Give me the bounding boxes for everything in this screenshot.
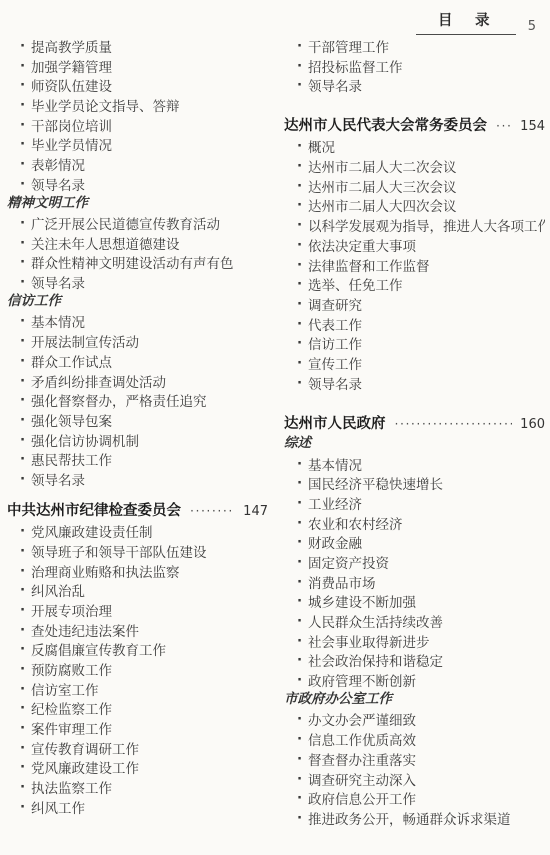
- toc-item-label: 固定资产投资: [308, 552, 389, 572]
- toc-item-label: 政府信息公开工作: [308, 788, 416, 808]
- toc-item-label: 督查督办注重落实: [308, 749, 416, 769]
- bullet-marker: ·: [20, 235, 31, 251]
- dot-leader: ··························: [395, 413, 513, 435]
- toc-item-label: 消费品市场: [308, 572, 376, 592]
- bullet-marker: ·: [20, 353, 31, 369]
- toc-item: ·纠风工作: [7, 797, 268, 817]
- toc-item-label: 以科学发展观为指导，推进人大各项工作: [308, 215, 545, 235]
- toc-item: ·领导名录: [7, 272, 268, 292]
- toc-item: ·社会政治保持和谐稳定: [284, 651, 545, 671]
- toc-item: ·惠民帮扶工作: [7, 449, 268, 469]
- toc-item: ·信息工作优质高效: [284, 729, 545, 749]
- toc-item: ·办文办会严谨细致: [284, 710, 545, 730]
- toc-item: ·师资队伍建设: [7, 75, 268, 95]
- bullet-marker: ·: [20, 681, 31, 697]
- chapter-page-number: 147: [243, 501, 268, 523]
- toc-item-label: 表彰情况: [31, 154, 85, 174]
- toc-gap: [7, 489, 268, 500]
- toc-item-label: 达州市二届人大三次会议: [308, 176, 457, 196]
- bullet-marker: ·: [20, 412, 31, 428]
- bullet-marker: ·: [20, 373, 31, 389]
- bullet-marker: ·: [20, 333, 31, 349]
- toc-item-label: 调查研究: [308, 294, 362, 314]
- bullet-marker: ·: [297, 593, 308, 609]
- toc-item-label: 办文办会严谨细致: [308, 709, 416, 729]
- toc-item: ·固定资产投资: [284, 552, 545, 572]
- toc-gap: [284, 95, 545, 115]
- toc-item-label: 党风廉政建设责任制: [31, 521, 153, 541]
- toc-item-label: 概况: [308, 136, 335, 156]
- bullet-marker: ·: [297, 711, 308, 727]
- toc-item-label: 调查研究主动深入: [308, 769, 416, 789]
- toc-item-label: 工业经济: [308, 493, 362, 513]
- toc-item: ·选举、任免工作: [284, 274, 545, 294]
- toc-item: ·纠风治乱: [7, 580, 268, 600]
- bullet-marker: ·: [20, 523, 31, 539]
- toc-item: ·加强学籍管理: [7, 56, 268, 76]
- bullet-marker: ·: [20, 661, 31, 677]
- toc-item: ·领导名录: [7, 174, 268, 194]
- toc-item-label: 代表工作: [308, 314, 362, 334]
- toc-item-label: 加强学籍管理: [31, 56, 112, 76]
- bullet-marker: ·: [297, 316, 308, 332]
- bullet-marker: ·: [297, 375, 308, 391]
- bullet-marker: ·: [20, 563, 31, 579]
- toc-item: ·群众性精神文明建设活动有声有色: [7, 253, 268, 273]
- dot-leader: ············: [190, 500, 235, 522]
- toc-section-header: 精神文明工作: [7, 194, 268, 214]
- toc-item: ·矛盾纠纷排查调处活动: [7, 371, 268, 391]
- toc-item-label: 社会政治保持和谐稳定: [308, 650, 443, 670]
- bullet-marker: ·: [20, 543, 31, 559]
- toc-item-label: 领导班子和领导干部队伍建设: [31, 541, 207, 561]
- toc-item-label: 干部岗位培训: [31, 115, 112, 135]
- toc-item: ·代表工作: [284, 314, 545, 334]
- toc-item: ·广泛开展公民道德宣传教育活动: [7, 213, 268, 233]
- bullet-marker: ·: [20, 471, 31, 487]
- page-number: 5: [528, 19, 536, 34]
- toc-item-label: 领导名录: [31, 272, 85, 292]
- chapter-title: 达州市人民政府: [284, 414, 386, 436]
- toc-item-label: 城乡建设不断加强: [308, 591, 416, 611]
- running-head: 目 录 5: [416, 9, 536, 35]
- toc-item: ·国民经济平稳快速增长: [284, 473, 545, 493]
- toc-item-label: 案件审理工作: [31, 718, 112, 738]
- bullet-marker: ·: [20, 38, 31, 54]
- bullet-marker: ·: [297, 178, 308, 194]
- toc-item-label: 开展专项治理: [31, 600, 112, 620]
- toc-item: ·基本情况: [284, 454, 545, 474]
- toc-item: ·城乡建设不断加强: [284, 592, 545, 612]
- toc-item: ·强化督察督办，严格责任追究: [7, 390, 268, 410]
- bullet-marker: ·: [20, 117, 31, 133]
- toc-item-label: 信访室工作: [31, 679, 99, 699]
- bullet-marker: ·: [297, 790, 308, 806]
- chapter-page-number: 154: [520, 116, 545, 138]
- toc-item: ·社会事业取得新进步: [284, 631, 545, 651]
- toc-columns: ·提高教学质量·加强学籍管理·师资队伍建设·毕业学员论文指导、答辩·干部岗位培训…: [7, 36, 545, 855]
- toc-section-header: 综述: [284, 434, 545, 454]
- bullet-marker: ·: [20, 254, 31, 270]
- bullet-marker: ·: [20, 97, 31, 113]
- bullet-marker: ·: [297, 197, 308, 213]
- toc-item-label: 反腐倡廉宣传教育工作: [31, 639, 166, 659]
- toc-item-label: 群众性精神文明建设活动有声有色: [31, 252, 234, 272]
- bullet-marker: ·: [297, 296, 308, 312]
- bullet-marker: ·: [20, 156, 31, 172]
- bullet-marker: ·: [20, 432, 31, 448]
- toc-item: ·调查研究: [284, 294, 545, 314]
- toc-item-label: 党风廉政建设工作: [31, 757, 139, 777]
- toc-item-label: 毕业学员情况: [31, 134, 112, 154]
- bullet-marker: ·: [297, 77, 308, 93]
- toc-item-label: 惠民帮扶工作: [31, 449, 112, 469]
- bullet-marker: ·: [297, 495, 308, 511]
- bullet-marker: ·: [20, 392, 31, 408]
- toc-item-label: 选举、任免工作: [308, 274, 403, 294]
- toc-item-label: 毕业学员论文指导、答辩: [31, 95, 180, 115]
- toc-item: ·关注未年人思想道德建设: [7, 233, 268, 253]
- bullet-marker: ·: [20, 451, 31, 467]
- bullet-marker: ·: [20, 622, 31, 638]
- toc-item: ·查处违纪违法案件: [7, 620, 268, 640]
- toc-item: ·毕业学员情况: [7, 134, 268, 154]
- toc-item: ·干部管理工作: [284, 36, 545, 56]
- toc-gap: [284, 393, 545, 413]
- bullet-marker: ·: [20, 582, 31, 598]
- bullet-marker: ·: [297, 276, 308, 292]
- toc-item-label: 干部管理工作: [308, 36, 389, 56]
- toc-item: ·达州市二届人大三次会议: [284, 176, 545, 196]
- toc-item-label: 人民群众生活持续改善: [308, 611, 443, 631]
- toc-item-label: 领导名录: [308, 75, 362, 95]
- toc-item-label: 纠风治乱: [31, 580, 85, 600]
- bullet-marker: ·: [297, 574, 308, 590]
- toc-item: ·开展法制宣传活动: [7, 331, 268, 351]
- bullet-marker: ·: [20, 136, 31, 152]
- toc-item: ·政府信息公开工作: [284, 788, 545, 808]
- toc-item-label: 领导名录: [31, 469, 85, 489]
- toc-item: ·干部岗位培训: [7, 115, 268, 135]
- toc-item: ·信访工作: [284, 333, 545, 353]
- toc-chapter-row: 达州市人民政府··························160: [284, 413, 545, 435]
- bullet-marker: ·: [20, 77, 31, 93]
- toc-item-label: 政府管理不断创新: [308, 670, 416, 690]
- toc-item-label: 师资队伍建设: [31, 75, 112, 95]
- toc-item-label: 信访工作: [308, 333, 362, 353]
- toc-item-label: 推进政务公开，畅通群众诉求渠道: [308, 808, 511, 828]
- toc-item-label: 纪检监察工作: [31, 698, 112, 718]
- toc-item-label: 群众工作试点: [31, 351, 112, 371]
- toc-item: ·党风廉政建设工作: [7, 758, 268, 778]
- bullet-marker: ·: [297, 257, 308, 273]
- bullet-marker: ·: [297, 335, 308, 351]
- bullet-marker: ·: [297, 810, 308, 826]
- bullet-marker: ·: [20, 641, 31, 657]
- toc-item: ·群众工作试点: [7, 351, 268, 371]
- bullet-marker: ·: [20, 759, 31, 775]
- toc-item: ·强化领导包案: [7, 410, 268, 430]
- bullet-marker: ·: [297, 731, 308, 747]
- bullet-marker: ·: [297, 633, 308, 649]
- toc-item: ·财政金融: [284, 532, 545, 552]
- toc-item-label: 查处违纪违法案件: [31, 620, 139, 640]
- toc-chapter-row: 中共达州市纪律检查委员会············147: [7, 500, 268, 522]
- bullet-marker: ·: [20, 313, 31, 329]
- toc-item-label: 预防腐败工作: [31, 659, 112, 679]
- bullet-marker: ·: [20, 274, 31, 290]
- bullet-marker: ·: [20, 720, 31, 736]
- toc-item-label: 社会事业取得新进步: [308, 631, 430, 651]
- bullet-marker: ·: [20, 799, 31, 815]
- toc-item-label: 治理商业贿赂和执法监察: [31, 561, 180, 581]
- bullet-marker: ·: [297, 652, 308, 668]
- toc-item: ·调查研究主动深入: [284, 769, 545, 789]
- toc-item: ·领导名录: [284, 75, 545, 95]
- page-header-title: 目 录: [416, 9, 516, 35]
- toc-item-label: 基本情况: [308, 454, 362, 474]
- bullet-marker: ·: [297, 58, 308, 74]
- bullet-marker: ·: [297, 751, 308, 767]
- toc-item-label: 财政金融: [308, 532, 362, 552]
- bullet-marker: ·: [297, 534, 308, 550]
- toc-item-label: 执法监察工作: [31, 777, 112, 797]
- bullet-marker: ·: [20, 58, 31, 74]
- toc-column-right: ·干部管理工作·招投标监督工作·领导名录达州市人民代表大会常务委员会······…: [284, 36, 545, 855]
- bullet-marker: ·: [297, 158, 308, 174]
- toc-item: ·预防腐败工作: [7, 659, 268, 679]
- toc-item: ·人民群众生活持续改善: [284, 611, 545, 631]
- toc-item: ·领导班子和领导干部队伍建设: [7, 541, 268, 561]
- bullet-marker: ·: [297, 475, 308, 491]
- bullet-marker: ·: [297, 613, 308, 629]
- toc-item-label: 矛盾纠纷排查调处活动: [31, 371, 166, 391]
- bullet-marker: ·: [297, 554, 308, 570]
- bullet-marker: ·: [20, 176, 31, 192]
- bullet-marker: ·: [297, 515, 308, 531]
- toc-item-label: 达州市二届人大二次会议: [308, 156, 457, 176]
- bullet-marker: ·: [297, 672, 308, 688]
- toc-item-label: 关注未年人思想道德建设: [31, 233, 180, 253]
- toc-item: ·案件审理工作: [7, 718, 268, 738]
- toc-item-label: 达州市二届人大四次会议: [308, 195, 457, 215]
- toc-item: ·强化信访协调机制: [7, 430, 268, 450]
- toc-item-label: 招投标监督工作: [308, 56, 403, 76]
- toc-item-label: 信息工作优质高效: [308, 729, 416, 749]
- bullet-marker: ·: [297, 237, 308, 253]
- bullet-marker: ·: [20, 740, 31, 756]
- bullet-marker: ·: [297, 355, 308, 371]
- dot-leader: ·······: [496, 115, 512, 137]
- toc-item: ·反腐倡廉宣传教育工作: [7, 639, 268, 659]
- toc-item-label: 提高教学质量: [31, 36, 112, 56]
- toc-item: ·督查督办注重落实: [284, 749, 545, 769]
- toc-item: ·宣传工作: [284, 353, 545, 373]
- toc-item-label: 基本情况: [31, 311, 85, 331]
- toc-item: ·依法决定重大事项: [284, 235, 545, 255]
- toc-item: ·达州市二届人大四次会议: [284, 196, 545, 216]
- toc-item: ·政府管理不断创新: [284, 670, 545, 690]
- toc-section-header: 信访工作: [7, 292, 268, 312]
- bullet-marker: ·: [20, 602, 31, 618]
- toc-item-label: 领导名录: [31, 174, 85, 194]
- toc-item: ·法律监督和工作监督: [284, 255, 545, 275]
- toc-item-label: 强化信访协调机制: [31, 430, 139, 450]
- toc-item: ·概况: [284, 137, 545, 157]
- toc-item: ·基本情况: [7, 312, 268, 332]
- toc-item-label: 广泛开展公民道德宣传教育活动: [31, 213, 220, 233]
- toc-section-header: 市政府办公室工作: [284, 690, 545, 710]
- toc-item: ·领导名录: [7, 469, 268, 489]
- toc-item-label: 农业和农村经济: [308, 513, 403, 533]
- bullet-marker: ·: [297, 138, 308, 154]
- toc-item-label: 开展法制宣传活动: [31, 331, 139, 351]
- bullet-marker: ·: [20, 779, 31, 795]
- bullet-marker: ·: [20, 700, 31, 716]
- toc-item-label: 强化督察督办，严格责任追究: [31, 390, 207, 410]
- toc-item: ·治理商业贿赂和执法监察: [7, 561, 268, 581]
- bullet-marker: ·: [297, 771, 308, 787]
- toc-item: ·开展专项治理: [7, 600, 268, 620]
- bullet-marker: ·: [297, 217, 308, 233]
- chapter-title: 中共达州市纪律检查委员会: [7, 501, 181, 523]
- bullet-marker: ·: [297, 456, 308, 472]
- toc-item: ·招投标监督工作: [284, 56, 545, 76]
- toc-item: ·达州市二届人大二次会议: [284, 156, 545, 176]
- chapter-page-number: 160: [520, 414, 545, 436]
- toc-chapter-row: 达州市人民代表大会常务委员会·······154: [284, 115, 545, 137]
- toc-item: ·领导名录: [284, 373, 545, 393]
- toc-item: ·推进政务公开，畅通群众诉求渠道: [284, 808, 545, 828]
- toc-item: ·提高教学质量: [7, 36, 268, 56]
- toc-item-label: 纠风工作: [31, 797, 85, 817]
- chapter-title: 达州市人民代表大会常务委员会: [284, 116, 487, 138]
- toc-page: 目 录 5 ·提高教学质量·加强学籍管理·师资队伍建设·毕业学员论文指导、答辩·…: [0, 0, 550, 855]
- toc-item-label: 领导名录: [308, 373, 362, 393]
- toc-item: ·农业和农村经济: [284, 513, 545, 533]
- toc-item: ·宣传教育调研工作: [7, 738, 268, 758]
- toc-item: ·纪检监察工作: [7, 699, 268, 719]
- toc-item-label: 国民经济平稳快速增长: [308, 473, 443, 493]
- toc-item: ·信访室工作: [7, 679, 268, 699]
- bullet-marker: ·: [297, 38, 308, 54]
- toc-item: ·消费品市场: [284, 572, 545, 592]
- toc-item-label: 强化领导包案: [31, 410, 112, 430]
- toc-item: ·以科学发展观为指导，推进人大各项工作: [284, 215, 545, 235]
- toc-column-left: ·提高教学质量·加强学籍管理·师资队伍建设·毕业学员论文指导、答辩·干部岗位培训…: [7, 36, 268, 855]
- toc-item: ·工业经济: [284, 493, 545, 513]
- toc-item-label: 依法决定重大事项: [308, 235, 416, 255]
- bullet-marker: ·: [20, 215, 31, 231]
- toc-item: ·执法监察工作: [7, 777, 268, 797]
- toc-item: ·表彰情况: [7, 154, 268, 174]
- toc-item-label: 宣传教育调研工作: [31, 738, 139, 758]
- toc-item-label: 法律监督和工作监督: [308, 255, 430, 275]
- toc-item-label: 宣传工作: [308, 353, 362, 373]
- toc-item: ·党风廉政建设责任制: [7, 521, 268, 541]
- toc-item: ·毕业学员论文指导、答辩: [7, 95, 268, 115]
